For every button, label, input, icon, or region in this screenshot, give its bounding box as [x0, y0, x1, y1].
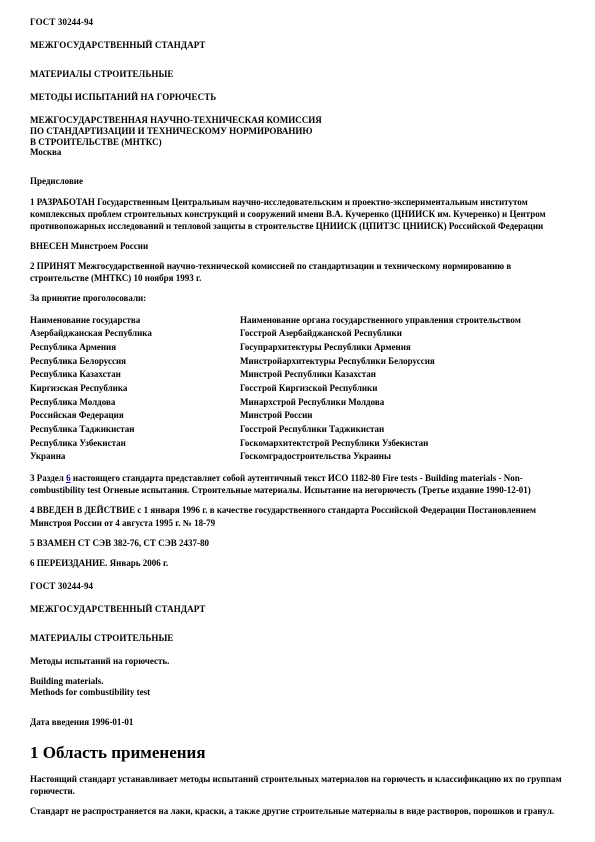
commission-line: В СТРОИТЕЛЬСТВЕ (МНТКС)	[30, 137, 565, 148]
table-row: Республика МолдоваМинархстрой Республики…	[30, 396, 565, 410]
foreword-item-2: 2 ПРИНЯТ Межгосударственной научно-техни…	[30, 260, 565, 284]
table-header-agency: Наименование органа государственного упр…	[240, 314, 565, 328]
table-cell: Республика Белоруссия	[30, 355, 240, 369]
doc-title-en: Building materials. Methods for combusti…	[30, 676, 565, 699]
table-cell: Минархстрой Республики Молдова	[240, 396, 565, 410]
voting-table-body: Азербайджанская РеспубликаГосстрой Азерб…	[30, 327, 565, 464]
table-row: УкраинаГоскомградостроительства Украины	[30, 450, 565, 464]
table-row: Республика АрменияГосупрархитектуры Респ…	[30, 341, 565, 355]
foreword-submitted: ВНЕСЕН Минстроем России	[30, 240, 565, 252]
table-row: Республика КазахстанМинстрой Республики …	[30, 368, 565, 382]
document-page: ГОСТ 30244-94 МЕЖГОСУДАРСТВЕННЫЙ СТАНДАР…	[0, 0, 595, 817]
table-cell: Республика Молдова	[30, 396, 240, 410]
table-cell: Минстрой России	[240, 409, 565, 423]
table-row: Республика ТаджикистанГосстрой Республик…	[30, 423, 565, 437]
table-cell: Киргизская Республика	[30, 382, 240, 396]
item-3-prefix: 3 Раздел	[30, 473, 66, 483]
standard-type-title-block: МЕЖГОСУДАРСТВЕННЫЙ СТАНДАРТ	[30, 603, 565, 615]
section-1-paragraph-1: Настоящий стандарт устанавливает методы …	[30, 773, 565, 797]
table-cell: Минстройархитектуры Республики Белорусси…	[240, 355, 565, 369]
voting-table: Наименование государства Наименование ор…	[30, 314, 565, 465]
table-cell: Республика Таджикистан	[30, 423, 240, 437]
table-cell: Госстрой Азербайджанской Республики	[240, 327, 565, 341]
table-cell: Минстрой Республики Казахстан	[240, 368, 565, 382]
commission-line: ПО СТАНДАРТИЗАЦИИ И ТЕХНИЧЕСКОМУ НОРМИРО…	[30, 126, 565, 137]
standard-type-top: МЕЖГОСУДАРСТВЕННЫЙ СТАНДАРТ	[30, 39, 565, 51]
commission-line: МЕЖГОСУДАРСТВЕННАЯ НАУЧНО-ТЕХНИЧЕСКАЯ КО…	[30, 115, 565, 126]
table-cell: Госкомархитектстрой Республики Узбекиста…	[240, 437, 565, 451]
foreword-item-3: 3 Раздел 6 настоящего стандарта представ…	[30, 472, 565, 496]
table-row: Российская ФедерацияМинстрой России	[30, 409, 565, 423]
foreword-item-4: 4 ВВЕДЕН В ДЕЙСТВИЕ с 1 января 1996 г. в…	[30, 504, 565, 528]
foreword-item-5: 5 ВЗАМЕН СТ СЭВ 382-76, СТ СЭВ 2437-80	[30, 537, 565, 549]
table-cell: Республика Казахстан	[30, 368, 240, 382]
doc-title-caps: МАТЕРИАЛЫ СТРОИТЕЛЬНЫЕ	[30, 68, 565, 80]
doc-title-en-line1: Building materials.	[30, 676, 565, 688]
table-cell: Российская Федерация	[30, 409, 240, 423]
city-label: Москва	[30, 147, 565, 158]
table-cell: Госстрой Республики Таджикистан	[240, 423, 565, 437]
foreword-heading: Предисловие	[30, 175, 565, 187]
table-row: Киргизская РеспубликаГосстрой Киргизской…	[30, 382, 565, 396]
table-row: Республика УзбекистанГоскомархитектстрой…	[30, 437, 565, 451]
table-cell: Госкомградостроительства Украины	[240, 450, 565, 464]
table-cell: Госстрой Киргизской Республики	[240, 382, 565, 396]
doc-number-title-block: ГОСТ 30244-94	[30, 580, 565, 592]
foreword-item-1: 1 РАЗРАБОТАН Государственным Центральным…	[30, 196, 565, 232]
doc-title-en-line2: Methods for combustibility test	[30, 687, 565, 699]
doc-number-top: ГОСТ 30244-94	[30, 16, 565, 28]
foreword-item-6: 6 ПЕРЕИЗДАНИЕ. Январь 2006 г.	[30, 557, 565, 569]
table-cell: Республика Узбекистан	[30, 437, 240, 451]
table-cell: Госупрархитектуры Республики Армения	[240, 341, 565, 355]
section-1-paragraph-2: Стандарт не распространяется на лаки, кр…	[30, 805, 565, 817]
doc-subtitle-ru: Методы испытаний на горючесть.	[30, 655, 565, 667]
table-cell: Украина	[30, 450, 240, 464]
doc-title-title-block: МАТЕРИАЛЫ СТРОИТЕЛЬНЫЕ	[30, 632, 565, 644]
table-row: Республика БелоруссияМинстройархитектуры…	[30, 355, 565, 369]
commission-block: МЕЖГОСУДАРСТВЕННАЯ НАУЧНО-ТЕХНИЧЕСКАЯ КО…	[30, 115, 565, 159]
doc-subtitle-caps: МЕТОДЫ ИСПЫТАНИЙ НА ГОРЮЧЕСТЬ	[30, 91, 565, 103]
section-1-heading: 1 Область применения	[30, 743, 565, 763]
voting-intro: За принятие проголосовали:	[30, 292, 565, 304]
voting-table-head: Наименование государства Наименование ор…	[30, 314, 565, 328]
table-cell: Азербайджанская Республика	[30, 327, 240, 341]
effective-date: Дата введения 1996-01-01	[30, 716, 565, 728]
table-header-row: Наименование государства Наименование ор…	[30, 314, 565, 328]
item-3-suffix: настоящего стандарта представляет собой …	[30, 473, 531, 495]
table-row: Азербайджанская РеспубликаГосстрой Азерб…	[30, 327, 565, 341]
table-cell: Республика Армения	[30, 341, 240, 355]
table-header-state: Наименование государства	[30, 314, 240, 328]
